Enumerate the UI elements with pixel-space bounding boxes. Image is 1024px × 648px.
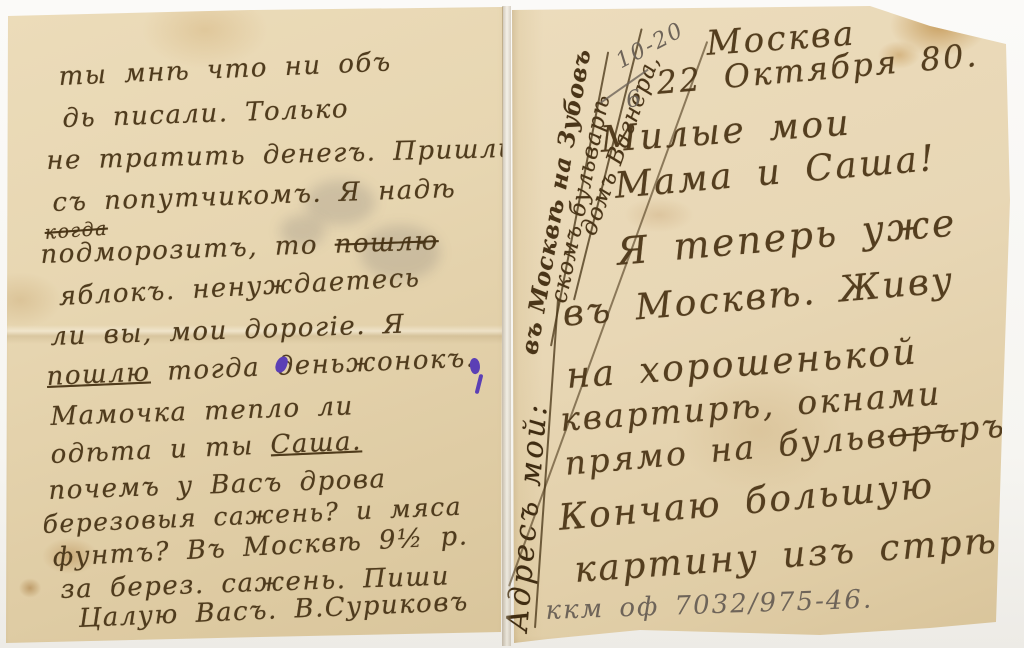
underlined-word: Саша. — [270, 426, 363, 460]
handwriting-line: яблокъ. ненуждаетесь — [58, 263, 421, 312]
fold-crease — [502, 6, 511, 646]
handwriting-line: Мамочка тепло ли — [50, 391, 354, 432]
crossed-word: оръ — [886, 410, 960, 455]
handwriting-line: ты мнѣ что ни объ — [58, 47, 392, 92]
handwriting-line: пошлю тогда деньжонокъ. — [46, 343, 476, 392]
line-text: тогда деньжонокъ. — [150, 343, 476, 387]
handwriting-line: ли вы, мои дорогіе. Я — [50, 310, 406, 352]
archive-number: ккм оф 7032/975-46. — [545, 585, 874, 626]
ink-blot — [475, 374, 484, 394]
handwriting-line: одѣта и ты Саша. — [50, 426, 362, 470]
line-text: одѣта и ты — [50, 430, 271, 470]
left-page: ты мнѣ что ни объ дь писали. Только не т… — [0, 0, 510, 648]
handwriting-line: дь писали. Только — [62, 94, 350, 134]
handwriting-line: не тратить денегъ. Пришли — [46, 134, 517, 176]
handwriting-line: съ попутчикомъ. Я надѣ — [52, 174, 457, 218]
underlined-word: пошлю — [46, 357, 151, 392]
letter-scan: ты мнѣ что ни объ дь писали. Только не т… — [0, 0, 1024, 648]
crossed-word: пошлю — [334, 226, 439, 260]
line-text: ръ. — [956, 404, 1020, 448]
